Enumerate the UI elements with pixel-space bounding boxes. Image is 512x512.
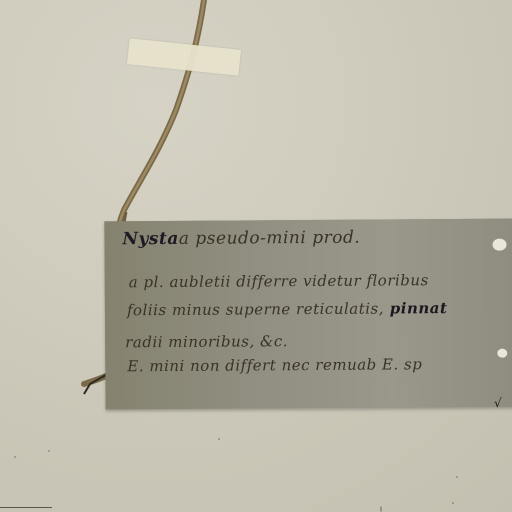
label-line-2: foliis minus superne reticulatis, pinnat [127, 299, 448, 319]
label-line-title: Nystaa pseudo-mini prod. [122, 228, 360, 250]
paper-speck [14, 456, 16, 458]
label-line-3: radii minoribus, &c. [125, 332, 288, 351]
paper-spot [497, 349, 507, 358]
genus-name: Nysta [122, 229, 178, 249]
paper-speck [380, 506, 382, 512]
label-line-1: a pl. aubletii differre videtur floribus [129, 271, 429, 291]
label-line-4: E. mini non differt nec remuab E. sp [127, 355, 422, 375]
scale-bar [0, 507, 52, 508]
paper-speck [218, 438, 220, 440]
margin-mark: √ [494, 396, 502, 410]
paper-speck [452, 502, 454, 504]
paper-spot [492, 239, 506, 251]
paper-speck [456, 476, 458, 478]
paper-speck [48, 450, 50, 452]
specimen-label: Nystaa pseudo-mini prod. a pl. aubletii … [104, 219, 512, 410]
